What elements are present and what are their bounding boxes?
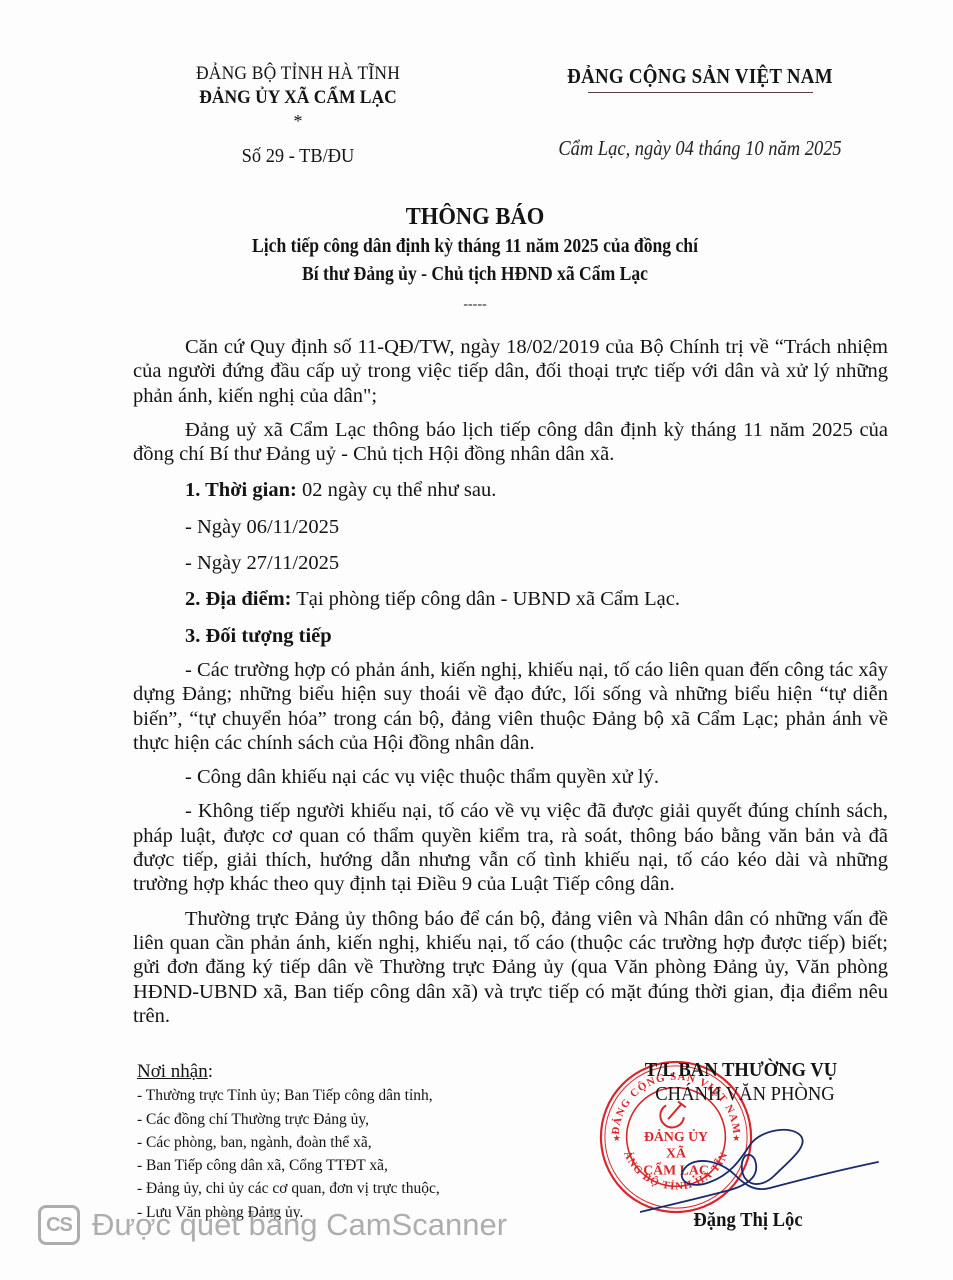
recipient-item: - Các phòng, ban, ngành, đoàn thể xã, <box>137 1131 557 1154</box>
recipient-item: - Các đồng chí Thường trực Đảng ủy, <box>137 1108 557 1131</box>
title-separator: ----- <box>150 296 800 314</box>
issuer-block: ĐẢNG BỘ TỈNH HÀ TĨNH ĐẢNG ỦY XÃ CẨM LẠC … <box>148 62 448 168</box>
party-name: ĐẢNG CỘNG SẢN VIỆT NAM <box>534 62 867 90</box>
camscanner-logo-icon: CS <box>38 1205 80 1245</box>
subject-item-2: - Công dân khiếu nại các vụ việc thuộc t… <box>133 765 888 789</box>
title-heading: THÔNG BÁO <box>170 202 781 232</box>
signature-title: CHÁNH VĂN PHÒNG <box>629 1082 862 1106</box>
star-divider: * <box>148 114 448 128</box>
document-body: Căn cứ Quy định số 11-QĐ/TW, ngày 18/02/… <box>133 335 888 1038</box>
recipients-colon: : <box>208 1061 213 1082</box>
issuer-org: ĐẢNG ỦY XÃ CẨM LẠC <box>160 86 436 110</box>
recipient-item: - Thường trực Tỉnh ủy; Ban Tiếp công dân… <box>137 1084 557 1107</box>
subject-item-1: - Các trường hợp có phản ánh, kiến nghị,… <box>133 658 888 755</box>
section-location-text: Tại phòng tiếp công dân - UBND xã Cẩm Lạ… <box>291 588 679 610</box>
closing-paragraph: Thường trực Đảng ủy thông báo để cán bộ,… <box>133 907 888 1028</box>
section-time: 1. Thời gian: 02 ngày cụ thể như sau. <box>185 478 888 502</box>
document-page: ĐẢNG BỘ TỈNH HÀ TĨNH ĐẢNG ỦY XÃ CẨM LẠC … <box>0 0 953 1280</box>
document-number: Số 29 - TB/ĐU <box>160 144 436 168</box>
announcement-paragraph: Đảng uỷ xã Cẩm Lạc thông báo lịch tiếp c… <box>133 418 888 467</box>
date-item-1: - Ngày 06/11/2025 <box>185 515 888 539</box>
recipient-item: - Ban Tiếp công dân xã, Cổng TTĐT xã, <box>137 1154 557 1177</box>
recipients-heading: Nơi nhận <box>137 1061 208 1082</box>
place-and-date: Cẩm Lạc, ngày 04 tháng 10 năm 2025 <box>537 135 863 161</box>
subject-item-3: - Không tiếp người khiếu nại, tố cáo về … <box>133 799 888 896</box>
signature-authority: T/L BAN THƯỜNG VỤ <box>621 1058 861 1082</box>
title-subtitle-line1: Lịch tiếp công dân định kỳ tháng 11 năm … <box>189 232 761 260</box>
header-underline <box>588 92 813 93</box>
section-time-label: 1. Thời gian: <box>185 479 297 501</box>
handwritten-signature <box>640 1120 880 1220</box>
title-subtitle-line2: Bí thư Đảng ủy - Chủ tịch HĐND xã Cẩm Lạ… <box>189 260 761 288</box>
section-location: 2. Địa điểm: Tại phòng tiếp công dân - U… <box>185 587 888 611</box>
recipients-heading-row: Nơi nhận: <box>137 1060 557 1084</box>
issuer-parent-org: ĐẢNG BỘ TỈNH HÀ TĨNH <box>160 62 436 86</box>
camscanner-watermark-text: Được quét bằng CamScanner <box>92 1207 507 1243</box>
section-location-label: 2. Địa điểm: <box>185 588 291 610</box>
section-time-text: 02 ngày cụ thể như sau. <box>297 479 497 501</box>
stamp-star-left: ★ <box>613 1133 621 1143</box>
section-subjects: 3. Đối tượng tiếp <box>185 624 888 648</box>
signature-block: T/L BAN THƯỜNG VỤ CHÁNH VĂN PHÒNG Đặng T… <box>590 1058 870 1106</box>
recipient-item: - Đảng ủy, chi ủy các cơ quan, đơn vị tr… <box>137 1177 557 1200</box>
section-subjects-label: 3. Đối tượng tiếp <box>185 625 332 647</box>
document-title: THÔNG BÁO Lịch tiếp công dân định kỳ thá… <box>150 202 800 314</box>
national-header: ĐẢNG CỘNG SẢN VIỆT NAM Cẩm Lạc, ngày 04 … <box>515 62 885 161</box>
camscanner-watermark: CS Được quét bằng CamScanner <box>38 1200 507 1250</box>
legal-basis-paragraph: Căn cứ Quy định số 11-QĐ/TW, ngày 18/02/… <box>133 335 888 408</box>
date-item-2: - Ngày 27/11/2025 <box>185 551 888 575</box>
